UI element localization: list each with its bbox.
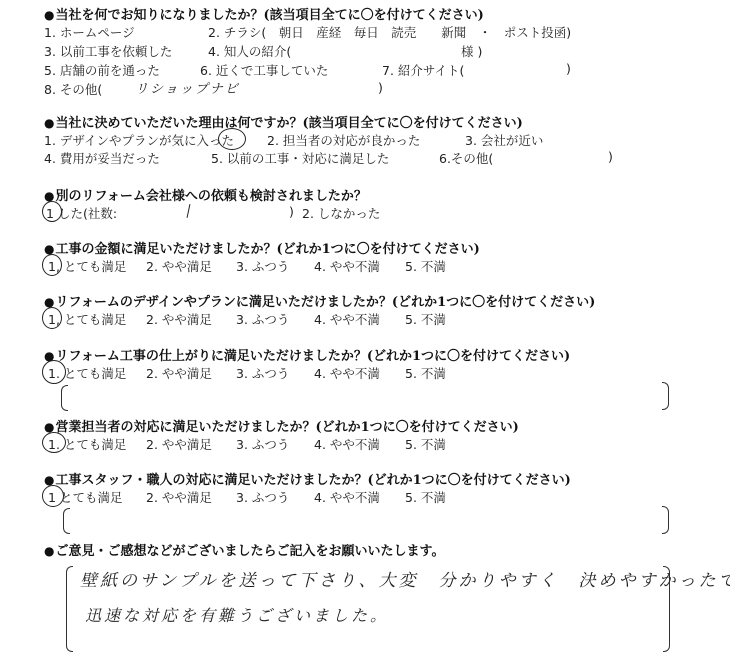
q2-row1: 1. デザインやプランが気に入った 2. 担当者の対応が良かった 3. 会社が近… [44, 131, 724, 147]
q4-options: 1, とても満足 2. やや満足 3. ふつう 4. やや不満 5. 不満 [44, 257, 724, 273]
q9-answer-line-2: 迅速な対応を有難うございました。 [85, 603, 389, 626]
q1-option-5[interactable]: 5. 店舗の前を通った [44, 61, 160, 79]
q3-selected-circle [42, 201, 62, 222]
q9-title: ●ご意見・ご感想などがございましたらご記入をお願いいたします。 [44, 540, 444, 559]
q8-option-4[interactable]: 4. やや不満 [314, 488, 380, 506]
q6-title: ●リフォーム工事の仕上がりに満足いただけましたか？(どれか1つに〇を付けてくださ… [44, 345, 570, 364]
q2-option-6[interactable]: 6.その他( [439, 149, 493, 167]
q7-selected-circle [42, 432, 66, 453]
q8-comment-bracket-right [662, 506, 669, 534]
q2-option-3[interactable]: 3. 会社が近い [465, 131, 543, 149]
q6-selected-circle [42, 360, 66, 384]
q1-row1: 1. ホームページ 2. チラシ( 朝日 産経 毎日 読売 新聞 ・ ポスト投函… [44, 23, 724, 39]
bullet-icon: ● [44, 116, 54, 130]
q7-option-4[interactable]: 4. やや不満 [314, 435, 380, 453]
q1-row3: 5. 店舗の前を通った 6. 近くで工事していた 7. 紹介サイト( ) [44, 61, 724, 77]
q7-option-2[interactable]: 2. やや満足 [146, 435, 212, 453]
q3-option-1-end: ) [289, 204, 294, 219]
q6-option-4[interactable]: 4. やや不満 [314, 364, 380, 382]
q9-comment-bracket-left [66, 566, 73, 652]
q2-option-2[interactable]: 2. 担当者の対応が良かった [267, 131, 420, 149]
bullet-icon: ● [44, 544, 54, 558]
q8-option-5[interactable]: 5. 不満 [405, 488, 446, 506]
q8-selected-circle [42, 485, 64, 507]
q6-option-3[interactable]: 3. ふつう [236, 364, 289, 382]
q1-other-answer: リショップナビ [135, 78, 240, 97]
q4-title: ●工事の金額に満足いただけましたか？(どれか1つに〇を付けてください) [44, 238, 480, 257]
q1-option-6[interactable]: 6. 近くで工事していた [200, 61, 328, 79]
q2-option-1[interactable]: 1. デザインやプランが気に入った [44, 131, 234, 149]
q6-comment-bracket-right [662, 382, 669, 410]
q4-option-5[interactable]: 5. 不満 [405, 257, 446, 275]
bullet-icon: ● [44, 8, 54, 22]
q4-option-4[interactable]: 4. やや不満 [314, 257, 380, 275]
q5-options: 1, とても満足 2. やや満足 3. ふつう 4. やや不満 5. 不満 [44, 310, 724, 326]
q7-option-5[interactable]: 5. 不満 [405, 435, 446, 453]
q1-option-3[interactable]: 3. 以前工事を依頼した [44, 42, 172, 60]
q1-option-1[interactable]: 1. ホームページ [44, 23, 135, 41]
q4-option-3[interactable]: 3. ふつう [236, 257, 289, 275]
q8-options: 1 とても満足 2. やや満足 3. ふつう 4. やや不満 5. 不満 [44, 488, 724, 504]
q5-option-5[interactable]: 5. 不満 [405, 310, 446, 328]
q1-option-4-end: 様 ) [461, 42, 482, 60]
q5-selected-circle [42, 307, 62, 329]
q1-option-7[interactable]: 7. 紹介サイト( [382, 61, 464, 79]
q2-row2: 4. 費用が妥当だった 5. 以前の工事・対応に満足した 6.その他( ) [44, 149, 724, 165]
q2-option-6-end: ) [608, 149, 613, 164]
q1-option-4[interactable]: 4. 知人の紹介( [208, 42, 291, 60]
q9-answer-line-1: 壁紙のサンプルを送って下さり、大変 分かりやすく 決めやすかったです。 [80, 566, 730, 591]
q7-title: ●営業担当者の対応に満足いただけましたか？(どれか1つに〇を付けてください) [44, 416, 519, 435]
q6-option-5[interactable]: 5. 不満 [405, 364, 446, 382]
q3-title: ●別のリフォーム会社様への依頼も検討されましたか？ [44, 185, 367, 204]
q8-title: ●工事スタッフ・職人の対応に満足いただけましたか？(どれか1つに〇を付けてくださ… [44, 469, 571, 488]
q8-option-2[interactable]: 2. やや満足 [146, 488, 212, 506]
q1-row2: 3. 以前工事を依頼した 4. 知人の紹介( 様 ) [44, 42, 724, 58]
survey-page: ●当社を何でお知りになりましたか？(該当項目全てに〇を付けてください) 1. ホ… [0, 0, 730, 652]
q5-title: ●リフォームのデザインやプランに満足いただけましたか？(どれか1つに〇を付けてく… [44, 291, 595, 310]
q1-option-8-end: ) [378, 80, 383, 95]
q1-option-7-end: ) [566, 61, 571, 76]
q6-options: 1. とても満足 2. やや満足 3. ふつう 4. やや不満 5. 不満 [44, 364, 724, 380]
q2-option-5[interactable]: 5. 以前の工事・対応に満足した [211, 149, 389, 167]
q1-option-8[interactable]: 8. その他( [44, 80, 102, 98]
q4-selected-circle [42, 254, 62, 276]
q5-option-4[interactable]: 4. やや不満 [314, 310, 380, 328]
q1-title: ●当社を何でお知りになりましたか？(該当項目全てに〇を付けてください) [44, 4, 484, 23]
q7-option-3[interactable]: 3. ふつう [236, 435, 289, 453]
q2-title: ●当社に決めていただいた理由は何ですか？(該当項目全てに〇を付けてください) [44, 112, 523, 131]
q6-option-2[interactable]: 2. やや満足 [146, 364, 212, 382]
q2-option-4[interactable]: 4. 費用が妥当だった [44, 149, 160, 167]
q5-option-2[interactable]: 2. やや満足 [146, 310, 212, 328]
q7-options: 1. とても満足 2. やや満足 3. ふつう 4. やや不満 5. 不満 [44, 435, 724, 451]
q2-selected-circle [218, 128, 246, 150]
q3-row1: 1 した(社数: ) 2. しなかった [44, 204, 724, 220]
q6-comment-bracket-left [61, 385, 68, 411]
q3-option-2[interactable]: 2. しなかった [302, 204, 380, 222]
q5-option-3[interactable]: 3. ふつう [236, 310, 289, 328]
q8-comment-bracket-left [63, 508, 70, 534]
q4-option-2[interactable]: 2. やや満足 [146, 257, 212, 275]
q1-option-2[interactable]: 2. チラシ( 朝日 産経 毎日 読売 新聞 ・ ポスト投函) [208, 23, 571, 41]
q8-option-3[interactable]: 3. ふつう [236, 488, 289, 506]
